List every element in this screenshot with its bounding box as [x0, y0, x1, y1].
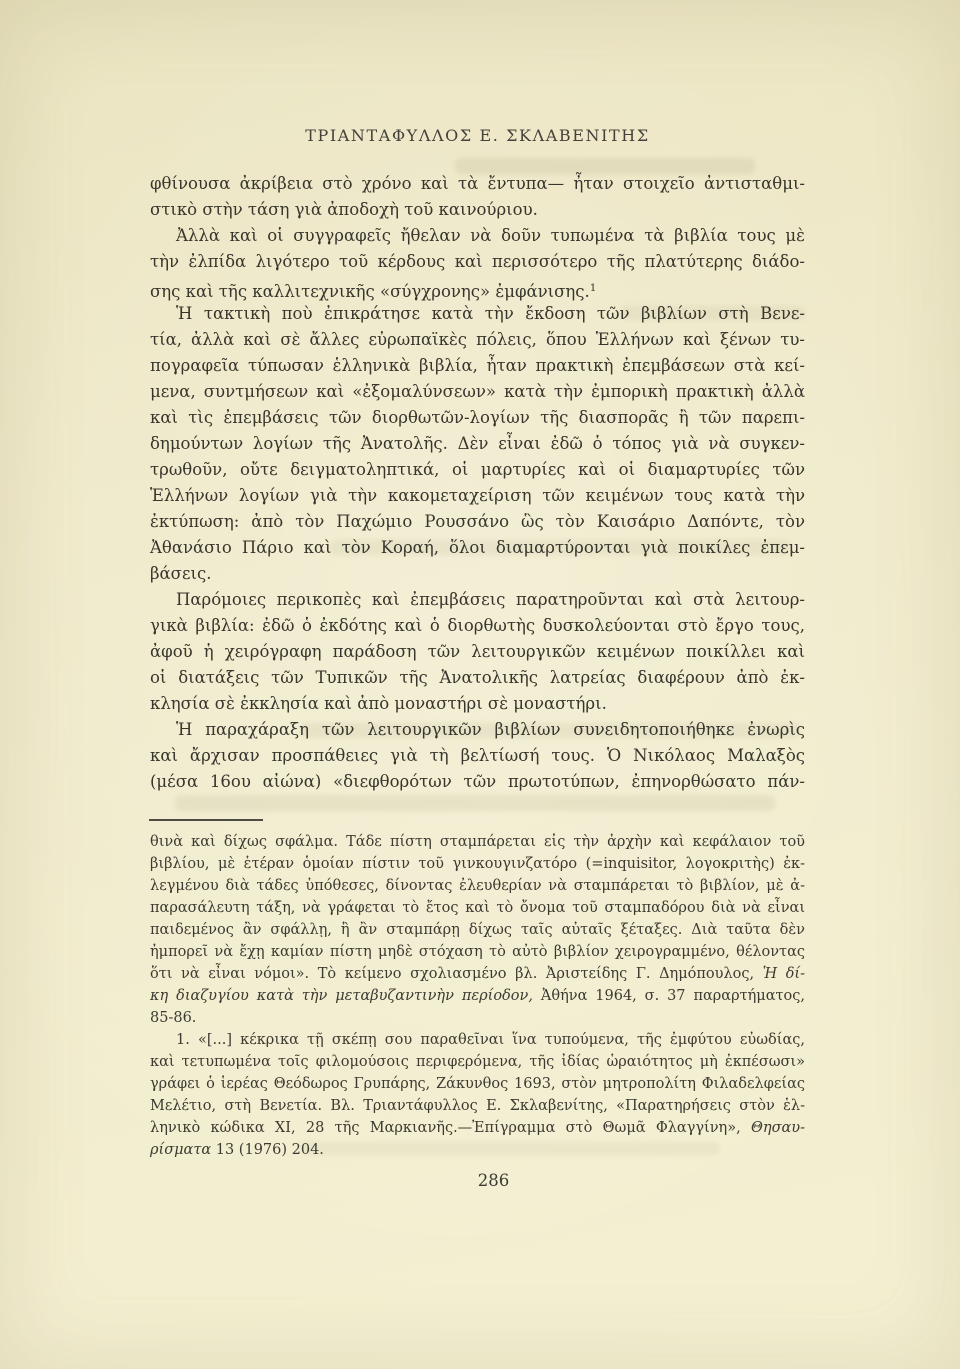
body-paragraph: Παρόμοιες περικοπὲς καὶ ἐπεμβάσεις παρατ…: [150, 587, 805, 717]
body-paragraph: Ἡ τακτικὴ ποὺ ἐπικράτησε κατὰ τὴν ἔκδοση…: [150, 301, 805, 587]
footnote-separator: [149, 819, 263, 821]
footnote-1: 1. «[...] κέκρικα τῇ σκέπῃ σου παραθεῖνα…: [150, 1029, 805, 1161]
footnote-continuation: θινὰ καὶ δίχως σφάλμα. Τάδε πίστη σταμπά…: [150, 831, 805, 1029]
main-text: φθίνουσα ἀκρίβεια στὸ χρόνο καὶ τὰ ἔντυπ…: [150, 171, 805, 795]
footnotes: θινὰ καὶ δίχως σφάλμα. Τάδε πίστη σταμπά…: [150, 831, 805, 1161]
bleedthrough-artifact: [175, 795, 775, 811]
body-paragraph: Ἀλλὰ καὶ οἱ συγγραφεῖς ἤθελαν νὰ δοῦν τυ…: [150, 223, 805, 301]
page-number: 286: [166, 1171, 821, 1190]
body-paragraph: φθίνουσα ἀκρίβεια στὸ χρόνο καὶ τὰ ἔντυπ…: [150, 171, 805, 223]
scanned-book-page: ΤΡΙΑΝΤΑΦΥΛΛΟΣ Ε. ΣΚΛΑΒΕΝΙΤΗΣ φθίνουσα ἀκ…: [0, 0, 960, 1369]
body-paragraph: Ἡ παραχάραξη τῶν λειτουργικῶν βιβλίων συ…: [150, 717, 805, 795]
running-head: ΤΡΙΑΝΤΑΦΥΛΛΟΣ Ε. ΣΚΛΑΒΕΝΙΤΗΣ: [150, 126, 805, 145]
